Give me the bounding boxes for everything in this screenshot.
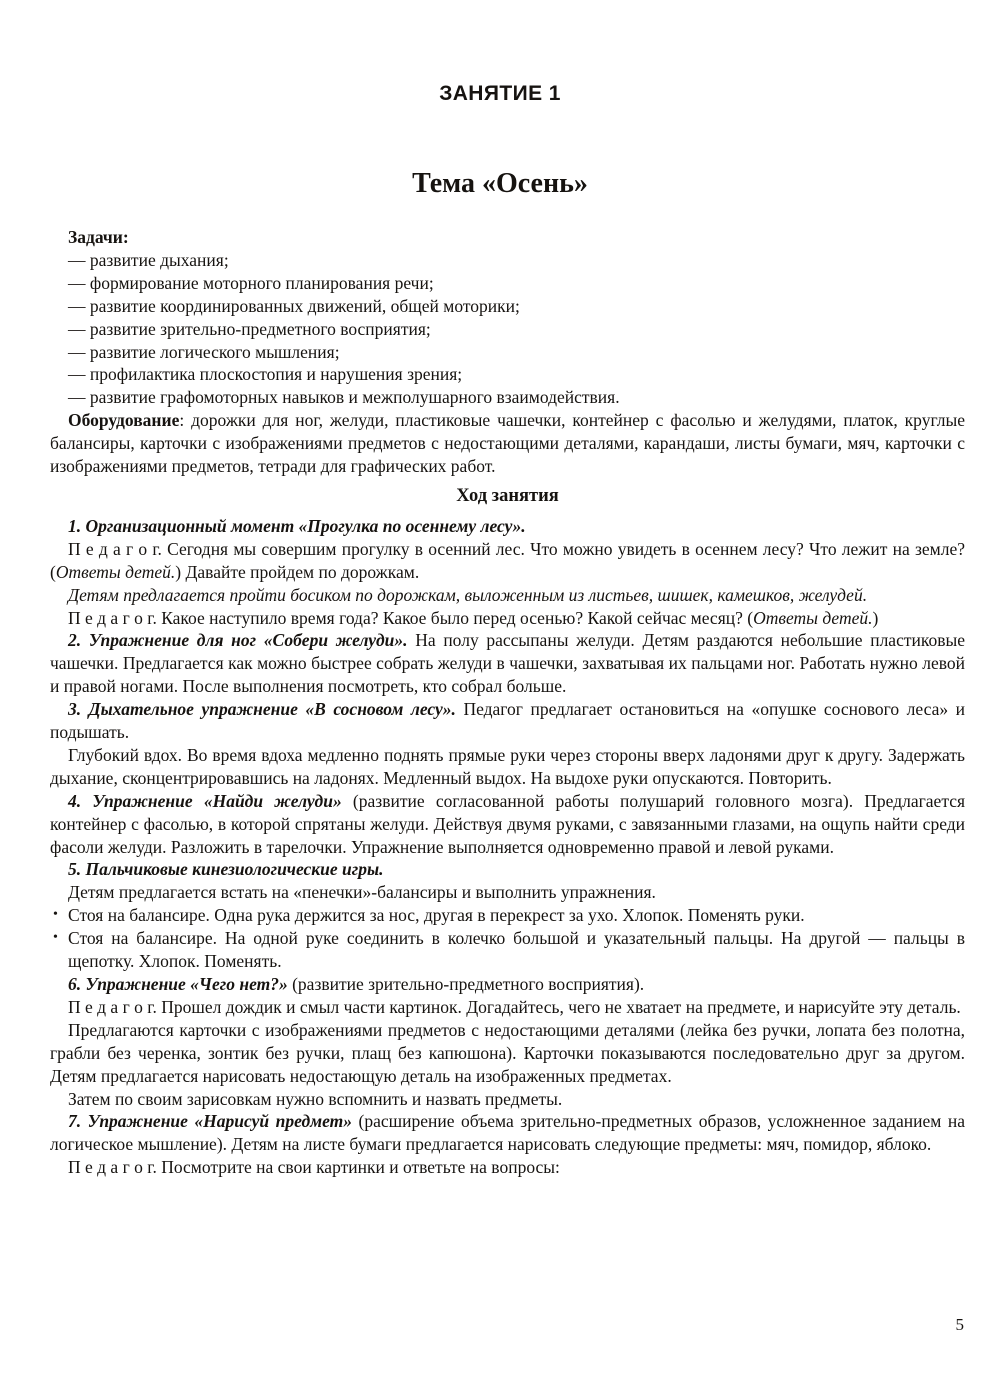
paragraph: Предлагаются карточки с изображениями пр…	[50, 1019, 965, 1088]
equipment-label: Оборудование	[68, 410, 179, 430]
theme-title: Тема «Осень»	[0, 168, 1000, 200]
text-run: Затем по своим зарисовкам нужно вспомнит…	[68, 1089, 562, 1109]
task-item: — развитие дыхания;	[50, 249, 965, 272]
text-run: 4. Упражнение «Найди желуди»	[68, 791, 342, 811]
page-content: Задачи: — развитие дыхания;— формировани…	[50, 226, 965, 1179]
text-run: П е д а г о г. Прошел дождик и смыл част…	[68, 997, 961, 1017]
paragraph: 1. Организационный момент «Прогулка по о…	[50, 515, 965, 538]
task-item: — развитие координированных движений, об…	[50, 295, 965, 318]
bullet-item: •Стоя на балансире. На одной руке соедин…	[50, 927, 965, 973]
paragraph: 6. Упражнение «Чего нет?» (развитие зрит…	[50, 973, 965, 996]
text-run: 2. Упражнение для ног «Собери желуди».	[68, 630, 408, 650]
text-run: Детям предлагается встать на «пенечки»-б…	[68, 882, 656, 902]
lesson-heading: ЗАНЯТИЕ 1	[0, 82, 1000, 106]
text-run: )	[873, 608, 879, 628]
text-run: (развитие зрительно-предметного восприят…	[288, 974, 644, 994]
text-run: Глубокий вдох. Во время вдоха медленно п…	[50, 745, 965, 788]
equipment-text: : дорожки для ног, желуди, пластиковые ч…	[50, 410, 965, 476]
equipment-paragraph: Оборудование: дорожки для ног, желуди, п…	[50, 409, 965, 478]
text-run: Стоя на балансире. На одной руке соедини…	[68, 928, 965, 971]
paragraph: 4. Упражнение «Найди желуди» (развитие с…	[50, 790, 965, 859]
task-item: — развитие зрительно-предметного восприя…	[50, 318, 965, 341]
text-run: Детям предлагается пройти босиком по дор…	[68, 585, 867, 605]
text-run: Стоя на балансире. Одна рука держится за…	[68, 905, 805, 925]
paragraph: П е д а г о г. Посмотрите на свои картин…	[50, 1156, 965, 1179]
text-run: 6. Упражнение «Чего нет?»	[68, 974, 288, 994]
task-item: — развитие логического мышления;	[50, 341, 965, 364]
paragraph: 7. Упражнение «Нарисуй предмет» (расшире…	[50, 1110, 965, 1156]
text-run: 7. Упражнение «Нарисуй предмет»	[68, 1111, 352, 1131]
tasks-label: Задачи:	[50, 226, 965, 249]
text-run: П е д а г о г. Какое наступило время год…	[68, 608, 753, 628]
text-run: Ответы детей.	[753, 608, 872, 628]
bullet-item: •Стоя на балансире. Одна рука держится з…	[50, 904, 965, 927]
text-run: 3. Дыхательное упражнение «В сосновом ле…	[68, 699, 456, 719]
page-number: 5	[956, 1315, 965, 1335]
paragraph: Глубокий вдох. Во время вдоха медленно п…	[50, 744, 965, 790]
paragraph: Детям предлагается встать на «пенечки»-б…	[50, 881, 965, 904]
bullet-icon: •	[53, 904, 58, 927]
course-heading: Ход занятия	[50, 485, 965, 508]
paragraph: 3. Дыхательное упражнение «В сосновом ле…	[50, 698, 965, 744]
tasks-list: — развитие дыхания;— формирование моторн…	[50, 249, 965, 409]
lesson-body: 1. Организационный момент «Прогулка по о…	[50, 515, 965, 1179]
document-page: ЗАНЯТИЕ 1 Тема «Осень» Задачи: — развити…	[0, 0, 1000, 1384]
task-item: — развитие графомоторных навыков и межпо…	[50, 386, 965, 409]
paragraph: Детям предлагается пройти босиком по дор…	[50, 584, 965, 607]
paragraph: 5. Пальчиковые кинезиологические игры.	[50, 858, 965, 881]
text-run: Ответы детей.	[56, 562, 175, 582]
text-run: Предлагаются карточки с изображениями пр…	[50, 1020, 965, 1086]
paragraph: П е д а г о г. Прошел дождик и смыл част…	[50, 996, 965, 1019]
task-item: — формирование моторного планирования ре…	[50, 272, 965, 295]
bullet-icon: •	[53, 927, 58, 950]
paragraph: П е д а г о г. Какое наступило время год…	[50, 607, 965, 630]
text-run: П е д а г о г. Посмотрите на свои картин…	[68, 1157, 560, 1177]
text-run: ) Давайте пройдем по дорожкам.	[175, 562, 419, 582]
paragraph: П е д а г о г. Сегодня мы совершим прогу…	[50, 538, 965, 584]
text-run: 5. Пальчиковые кинезиологические игры.	[68, 859, 384, 879]
text-run: 1. Организационный момент «Прогулка по о…	[68, 516, 526, 536]
task-item: — профилактика плоскостопия и нарушения …	[50, 363, 965, 386]
paragraph: Затем по своим зарисовкам нужно вспомнит…	[50, 1088, 965, 1111]
paragraph: 2. Упражнение для ног «Собери желуди». Н…	[50, 629, 965, 698]
